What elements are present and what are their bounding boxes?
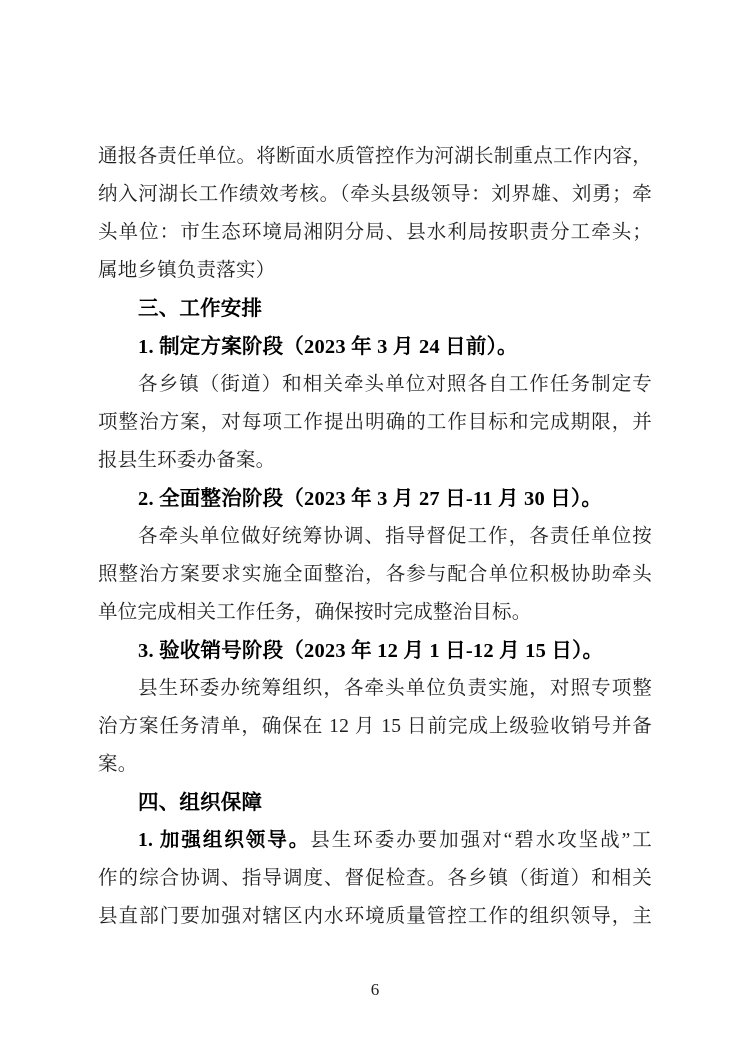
stage-2-heading: 2. 全面整治阶段（2023 年 3 月 27 日-11 月 30 日）。 (138, 480, 652, 518)
body-line: 1. 加强组织领导。县生环委办要加强对“碧水攻坚战”工 (138, 822, 652, 860)
item-1-bold-lead: 1. 加强组织领导。 (138, 830, 310, 851)
body-line: 报县生环委办备案。 (98, 442, 652, 480)
stage-3-heading: 3. 验收销号阶段（2023 年 12 月 1 日-12 月 15 日）。 (138, 632, 652, 670)
body-line: 属地乡镇负责落实） (98, 252, 652, 290)
body-line: 通报各责任单位。将断面水质管控作为河湖长制重点工作内容， (98, 138, 652, 176)
page-number: 6 (0, 978, 750, 1002)
body-line: 各乡镇（街道）和相关牵头单位对照各自工作任务制定专 (138, 366, 652, 404)
section-heading-organization-guarantee: 四、组织保障 (138, 784, 652, 822)
body-line: 项整治方案，对每项工作提出明确的工作目标和完成期限，并 (98, 404, 652, 442)
body-line: 各牵头单位做好统筹协调、指导督促工作，各责任单位按 (138, 518, 652, 556)
stage-1-heading: 1. 制定方案阶段（2023 年 3 月 24 日前）。 (138, 328, 652, 366)
body-line: 案。 (98, 746, 652, 784)
body-line: 照整治方案要求实施全面整治，各参与配合单位积极协助牵头 (98, 556, 652, 594)
body-line: 县直部门要加强对辖区内水环境质量管控工作的组织领导，主 (98, 898, 652, 936)
body-line: 作的综合协调、指导调度、督促检查。各乡镇（街道）和相关 (98, 860, 652, 898)
body-line: 单位完成相关工作任务，确保按时完成整治目标。 (98, 594, 652, 632)
document-page: 通报各责任单位。将断面水质管控作为河湖长制重点工作内容， 纳入河湖长工作绩效考核… (0, 0, 750, 1061)
section-heading-work-arrangement: 三、工作安排 (138, 290, 652, 328)
body-line: 治方案任务清单，确保在 12 月 15 日前完成上级验收销号并备 (98, 708, 652, 746)
body-line: 纳入河湖长工作绩效考核。（牵头县级领导：刘界雄、刘勇；牵 (98, 176, 652, 214)
body-text: 县生环委办要加强对“碧水攻坚战”工 (310, 830, 652, 851)
body-line: 头单位：市生态环境局湘阴分局、县水利局按职责分工牵头； (98, 214, 652, 252)
body-line: 县生环委办统筹组织，各牵头单位负责实施，对照专项整 (138, 670, 652, 708)
